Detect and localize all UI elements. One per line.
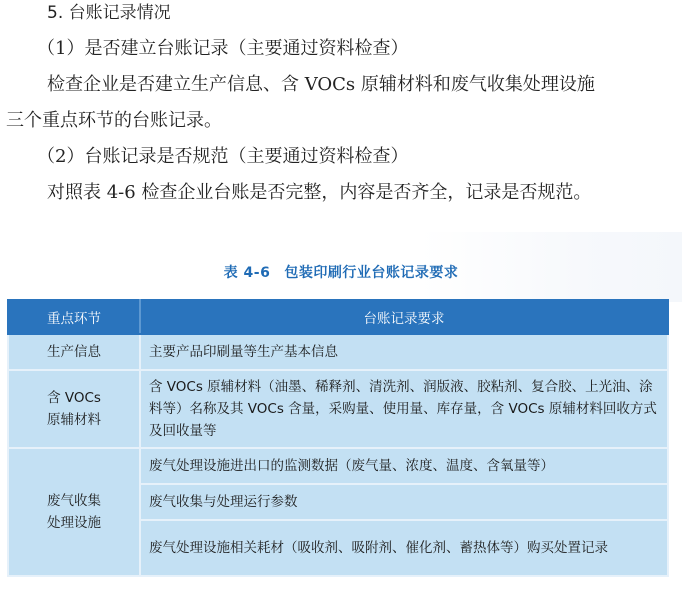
subsection-1-body-line2: 三个重点环节的台账记录。 [6, 110, 222, 132]
subsection-2-body: 对照表 4-6 检查企业台账是否完整，内容是否齐全，记录是否规范。 [47, 182, 591, 204]
table-header-row: 重点环节 台账记录要求 [8, 300, 668, 334]
requirement-cell: 含 VOCs 原辅材料（油墨、稀释剂、清洗剂、润版液、胶粘剂、复合胶、上光油、涂… [140, 370, 668, 448]
table-row-production-info: 生产信息 主要产品印刷量等生产基本信息 [8, 334, 668, 370]
key-stage-cell: 含 VOCs 原辅材料 [8, 370, 140, 448]
column-header-key-stage: 重点环节 [8, 300, 140, 334]
column-header-requirements: 台账记录要求 [140, 300, 668, 334]
table-row-voc-materials: 含 VOCs 原辅材料 含 VOCs 原辅材料（油墨、稀释剂、清洗剂、润版液、胶… [8, 370, 668, 448]
key-stage-cell: 废气收集 处理设施 [8, 448, 140, 576]
key-stage-cell: 生产信息 [8, 334, 140, 370]
table-caption-title: 包装印刷行业台账记录要求 [284, 265, 458, 281]
key-stage-line: 处理设施 [17, 512, 131, 534]
subsection-2-title: （2）台账记录是否规范（主要通过资料检查） [37, 146, 408, 168]
section-heading: 5. 台账记录情况 [47, 2, 171, 24]
key-stage-line: 原辅材料 [17, 409, 131, 431]
requirement-cell: 废气处理设施进出口的监测数据（废气量、浓度、温度、含氧量等） [140, 448, 668, 484]
requirement-cell: 废气收集与处理运行参数 [140, 484, 668, 520]
subsection-1-title: （1）是否建立台账记录（主要通过资料检查） [37, 38, 408, 60]
subsection-1-body-line1: 检查企业是否建立生产信息、含 VOCs 原辅材料和废气收集处理设施 [47, 74, 595, 96]
requirement-cell: 主要产品印刷量等生产基本信息 [140, 334, 668, 370]
table-row-exhaust-facilities: 废气收集 处理设施 废气处理设施进出口的监测数据（废气量、浓度、温度、含氧量等） [8, 448, 668, 484]
key-stage-line: 含 VOCs [17, 387, 131, 409]
ledger-requirements-table: 重点环节 台账记录要求 生产信息 主要产品印刷量等生产基本信息 含 VOCs 原… [7, 299, 669, 577]
requirement-cell: 废气处理设施相关耗材（吸收剂、吸附剂、催化剂、蓄热体等）购买处置记录 [140, 520, 668, 576]
table-caption-number: 表 4-6 [224, 265, 271, 281]
table-caption: 表 4-6包装印刷行业台账记录要求 [0, 262, 682, 282]
key-stage-line: 废气收集 [17, 490, 131, 512]
